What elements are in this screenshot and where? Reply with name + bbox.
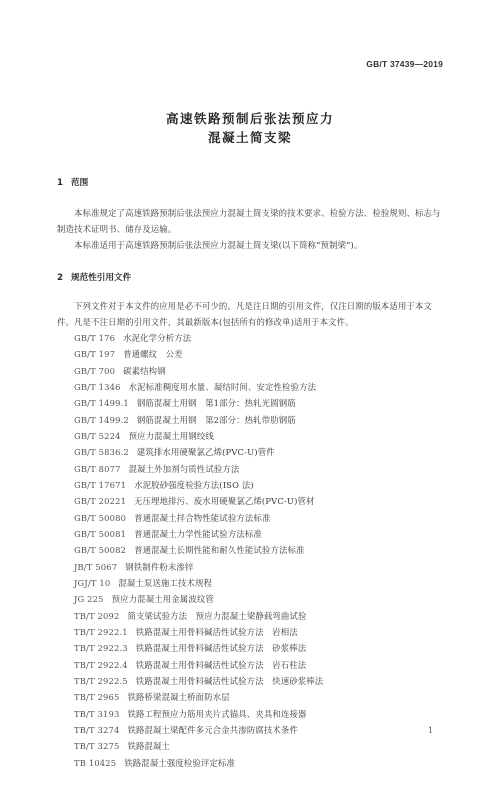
- reference-title: 碳素结构钢: [123, 366, 166, 376]
- reference-item: TB/T 2922.5铁路混凝土用骨料碱活性试验方法 快速砂浆棒法: [74, 673, 323, 689]
- reference-code: GB/T 8077: [74, 464, 121, 474]
- reference-title: 铁路混凝土强度检验评定标准: [124, 758, 235, 768]
- reference-code: TB/T 2922.3: [74, 643, 128, 653]
- reference-title: 建筑排水用硬聚氯乙烯(PVC-U)管件: [137, 447, 275, 457]
- reference-title: 铁路混凝土用骨料碱活性试验方法 岩石柱法: [136, 660, 307, 670]
- reference-item: GB/T 1499.1钢筋混凝土用钢 第1部分：热轧光圆钢筋: [74, 395, 323, 411]
- reference-code: JG 225: [74, 594, 104, 604]
- reference-title: 钢铁制件粉末渗锌: [125, 562, 193, 572]
- reference-code: GB/T 5224: [74, 431, 121, 441]
- paragraph-text: 本标准适用于高速铁路预制后张法预应力混凝土简支梁(以下简称“预制梁”)。: [74, 240, 363, 250]
- references-intro-paragraph: 下列文件对于本文件的应用是必不可少的。凡是注日期的引用文件，仅注日期的版本适用于…: [57, 298, 445, 330]
- reference-list: GB/T 176水泥化学分析方法GB/T 197普通螺纹 公差GB/T 700碳…: [74, 330, 323, 771]
- reference-item: GB/T 700碳素结构钢: [74, 363, 323, 379]
- document-title-line1: 高速铁路预制后张法预应力: [0, 109, 500, 127]
- reference-title: 普通混凝土拌合物性能试验方法标准: [134, 513, 270, 523]
- reference-code: TB/T 3275: [74, 741, 119, 751]
- reference-title: 钢筋混凝土用钢 第2部分：热轧带肋钢筋: [137, 415, 296, 425]
- page-number: 1: [428, 726, 433, 735]
- reference-title: 混凝土外加剂匀质性试验方法: [129, 464, 240, 474]
- reference-title: 铁路混凝土梁配件多元合金共渗防腐技术条件: [127, 725, 298, 735]
- reference-code: TB/T 2092: [74, 611, 119, 621]
- document-title-line2: 混凝土简支梁: [0, 128, 500, 146]
- reference-code: GB/T 1499.1: [74, 398, 129, 408]
- reference-item: GB/T 197普通螺纹 公差: [74, 346, 323, 362]
- paragraph-text: 本标准规定了高速铁路预制后张法预应力混凝土简支梁的技术要求、检验方法、检验规则、…: [57, 208, 441, 234]
- reference-title: 普通螺纹 公差: [123, 349, 183, 359]
- reference-title: 钢筋混凝土用钢 第1部分：热轧光圆钢筋: [137, 398, 296, 408]
- reference-code: GB/T 197: [74, 349, 115, 359]
- reference-item: TB/T 2922.3铁路混凝土用骨料碱活性试验方法 砂浆棒法: [74, 640, 323, 656]
- reference-item: TB 10425铁路混凝土强度检验评定标准: [74, 755, 323, 771]
- reference-code: JB/T 5067: [74, 562, 117, 572]
- section-number: 2: [57, 273, 71, 283]
- reference-title: 铁路混凝土用骨料碱活性试验方法 岩相法: [136, 627, 298, 637]
- reference-code: GB/T 17671: [74, 480, 126, 490]
- reference-code: TB/T 2922.4: [74, 660, 128, 670]
- reference-item: TB/T 2092简支梁试验方法 预应力混凝土梁静载弯曲试验: [74, 608, 323, 624]
- section-title: 规范性引用文件: [71, 273, 131, 283]
- reference-title: 铁路混凝土用骨料碱活性试验方法 砂浆棒法: [136, 643, 307, 653]
- standard-code: GB/T 37439—2019: [366, 59, 443, 69]
- reference-code: GB/T 50082: [74, 545, 126, 555]
- reference-item: GB/T 8077混凝土外加剂匀质性试验方法: [74, 461, 323, 477]
- reference-title: 铁路混凝土用骨料碱活性试验方法 快速砂浆棒法: [136, 676, 324, 686]
- reference-item: JB/T 5067钢铁制件粉末渗锌: [74, 559, 323, 575]
- reference-item: JGJ/T 10混凝土泵送施工技术规程: [74, 575, 323, 591]
- reference-item: TB/T 2922.4铁路混凝土用骨料碱活性试验方法 岩石柱法: [74, 657, 323, 673]
- reference-title: 无压埋地排污、废水用硬聚氯乙烯(PVC-U)管材: [134, 496, 315, 506]
- reference-code: TB/T 2965: [74, 692, 119, 702]
- reference-code: TB/T 3274: [74, 725, 119, 735]
- reference-item: GB/T 20221无压埋地排污、废水用硬聚氯乙烯(PVC-U)管材: [74, 493, 323, 509]
- scope-paragraph-1: 本标准规定了高速铁路预制后张法预应力混凝土简支梁的技术要求、检验方法、检验规则、…: [57, 205, 445, 237]
- reference-item: TB/T 3193铁路工程预应力筋用夹片式锚具、夹具和连接器: [74, 706, 323, 722]
- reference-item: GB/T 50080普通混凝土拌合物性能试验方法标准: [74, 510, 323, 526]
- reference-item: GB/T 1499.2钢筋混凝土用钢 第2部分：热轧带肋钢筋: [74, 412, 323, 428]
- reference-code: TB/T 2922.1: [74, 627, 128, 637]
- reference-item: GB/T 1346水泥标准稠度用水量、凝结时间、安定性检验方法: [74, 379, 323, 395]
- section-heading-scope: 1范围: [57, 176, 88, 188]
- reference-item: GB/T 5224预应力混凝土用钢绞线: [74, 428, 323, 444]
- reference-title: 水泥胶砂强度检验方法(ISO 法): [134, 480, 254, 490]
- reference-title: 预应力混凝土用钢绞线: [129, 431, 214, 441]
- reference-title: 水泥标准稠度用水量、凝结时间、安定性检验方法: [129, 382, 317, 392]
- reference-item: GB/T 5836.2建筑排水用硬聚氯乙烯(PVC-U)管件: [74, 444, 323, 460]
- paragraph-text: 下列文件对于本文件的应用是必不可少的。凡是注日期的引用文件，仅注日期的版本适用于…: [57, 301, 432, 327]
- section-title: 范围: [71, 178, 88, 188]
- reference-item: GB/T 50081普通混凝土力学性能试验方法标准: [74, 526, 323, 542]
- reference-code: TB/T 3193: [74, 709, 119, 719]
- reference-code: GB/T 50081: [74, 529, 126, 539]
- reference-item: JG 225预应力混凝土用金属波纹管: [74, 591, 323, 607]
- reference-code: GB/T 20221: [74, 496, 126, 506]
- reference-item: TB/T 3274铁路混凝土梁配件多元合金共渗防腐技术条件: [74, 722, 323, 738]
- reference-code: TB/T 2922.5: [74, 676, 128, 686]
- reference-item: GB/T 176水泥化学分析方法: [74, 330, 323, 346]
- reference-item: TB/T 2965铁路桥梁混凝土桥面防水层: [74, 689, 323, 705]
- reference-item: TB/T 3275铁路混凝土: [74, 738, 323, 754]
- reference-title: 铁路混凝土: [127, 741, 170, 751]
- reference-title: 简支梁试验方法 预应力混凝土梁静载弯曲试验: [127, 611, 306, 621]
- scope-paragraph-2: 本标准适用于高速铁路预制后张法预应力混凝土简支梁(以下简称“预制梁”)。: [57, 237, 445, 253]
- section-number: 1: [57, 178, 71, 188]
- reference-item: GB/T 50082普通混凝土长期性能和耐久性能试验方法标准: [74, 542, 323, 558]
- reference-code: GB/T 1346: [74, 382, 121, 392]
- reference-title: 普通混凝土力学性能试验方法标准: [134, 529, 262, 539]
- reference-item: TB/T 2922.1铁路混凝土用骨料碱活性试验方法 岩相法: [74, 624, 323, 640]
- reference-title: 混凝土泵送施工技术规程: [118, 578, 212, 588]
- reference-code: GB/T 5836.2: [74, 447, 129, 457]
- reference-code: JGJ/T 10: [74, 578, 110, 588]
- reference-code: TB 10425: [74, 758, 116, 768]
- section-heading-normative-references: 2规范性引用文件: [57, 271, 131, 283]
- reference-title: 水泥化学分析方法: [123, 333, 191, 343]
- reference-code: GB/T 1499.2: [74, 415, 129, 425]
- reference-code: GB/T 50080: [74, 513, 126, 523]
- reference-code: GB/T 700: [74, 366, 115, 376]
- reference-title: 预应力混凝土用金属波纹管: [112, 594, 214, 604]
- reference-code: GB/T 176: [74, 333, 115, 343]
- reference-item: GB/T 17671水泥胶砂强度检验方法(ISO 法): [74, 477, 323, 493]
- reference-title: 铁路工程预应力筋用夹片式锚具、夹具和连接器: [127, 709, 306, 719]
- reference-title: 铁路桥梁混凝土桥面防水层: [127, 692, 229, 702]
- reference-title: 普通混凝土长期性能和耐久性能试验方法标准: [134, 545, 305, 555]
